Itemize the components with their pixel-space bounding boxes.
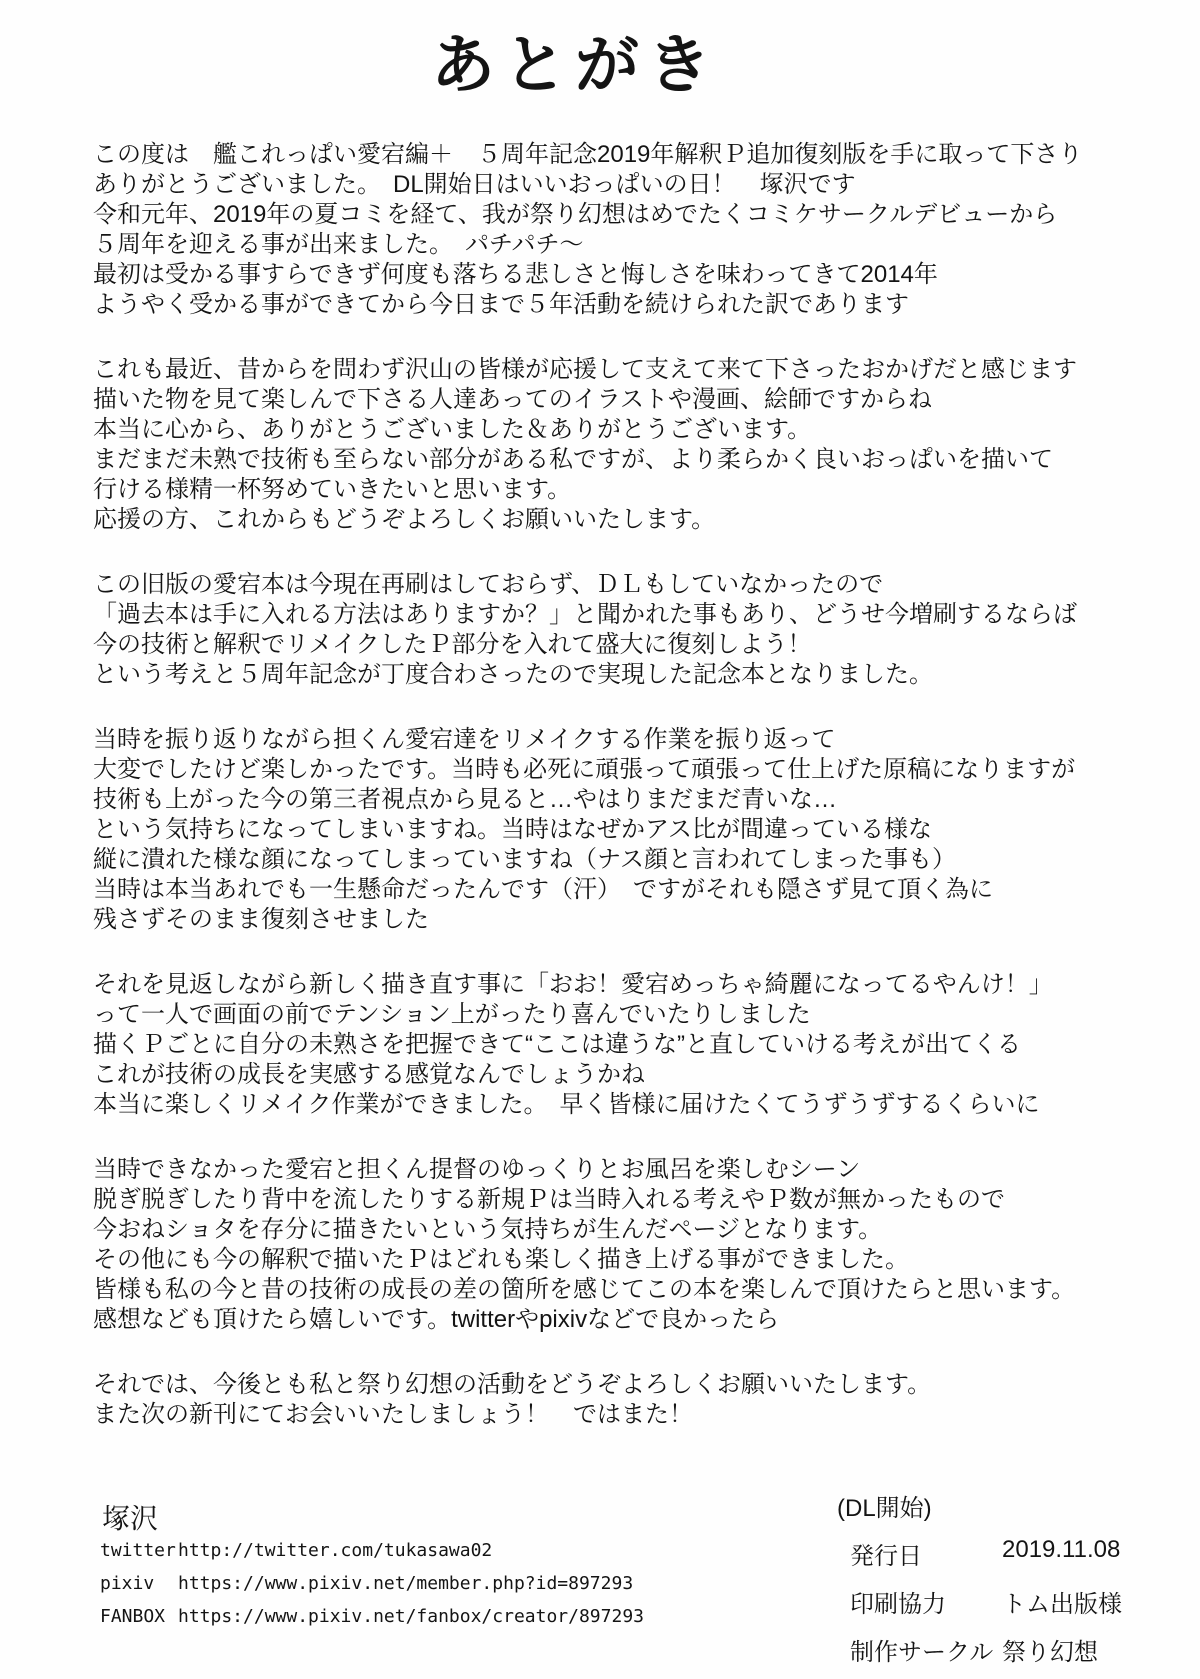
colophon-row-publish-date: 発行日 2019.11.08 [850,1536,1122,1571]
link-label: pixiv [100,1573,178,1594]
colophon: (DL開始) 発行日 2019.11.08 印刷協力 トム出版様 制作サークル … [790,1488,1122,1679]
afterword-paragraph: 当時を振り返りながら担くん愛宕達をリメイクする作業を振り返って 大変でしたけど楽… [93,725,1163,935]
colophon-row-printer: 印刷協力 トム出版様 [850,1584,1122,1619]
afterword-paragraph: それでは、今後とも私と祭り幻想の活動をどうぞよろしくお願いいたします。 また次の… [93,1370,1163,1430]
afterword-page: あとがき この度は 艦これっぱい愛宕編＋ ５周年記念2019年解釈Ｐ追加復刻版を… [0,0,1200,1679]
author-links: twitter http://twitter.com/tukasawa02 pi… [100,1540,644,1639]
page-title: あとがき [0,28,1150,105]
link-label: FANBOX [100,1606,178,1627]
colophon-label: 制作サークル [850,1632,1002,1667]
link-url: https://www.pixiv.net/member.php?id=8972… [178,1573,633,1594]
link-row-fanbox: FANBOX https://www.pixiv.net/fanbox/crea… [100,1606,644,1627]
link-row-pixiv: pixiv https://www.pixiv.net/member.php?i… [100,1573,644,1594]
colophon-value: トム出版様 [1002,1584,1122,1619]
link-url: http://twitter.com/tukasawa02 [178,1540,492,1561]
colophon-label: 発行日 [850,1536,1002,1571]
link-label: twitter [100,1540,178,1561]
author-name: 塚沢 [102,1497,158,1537]
afterword-paragraph: この旧版の愛宕本は今現在再刷はしておらず、ＤＬもしていなかったので 「過去本は手… [93,570,1163,690]
colophon-note: (DL開始) [837,1488,1122,1523]
afterword-body: この度は 艦これっぱい愛宕編＋ ５周年記念2019年解釈Ｐ追加復刻版を手に取って… [93,140,1163,1465]
colophon-value: 2019.11.08 [1002,1536,1120,1571]
link-url: https://www.pixiv.net/fanbox/creator/897… [178,1606,644,1627]
link-row-twitter: twitter http://twitter.com/tukasawa02 [100,1540,644,1561]
afterword-paragraph: それを見返しながら新しく描き直す事に「おお！愛宕めっちゃ綺麗になってるやんけ！」… [93,970,1163,1120]
colophon-row-circle: 制作サークル 祭り幻想 [850,1632,1122,1667]
afterword-paragraph: この度は 艦これっぱい愛宕編＋ ５周年記念2019年解釈Ｐ追加復刻版を手に取って… [93,140,1163,320]
afterword-paragraph: 当時できなかった愛宕と担くん提督のゆっくりとお風呂を楽しむシーン 脱ぎ脱ぎしたり… [93,1155,1163,1335]
afterword-paragraph: これも最近、昔からを問わず沢山の皆様が応援して支えて来て下さったおかげだと感じま… [93,355,1163,535]
colophon-label: 印刷協力 [850,1584,1002,1619]
colophon-value: 祭り幻想 [1002,1632,1098,1667]
